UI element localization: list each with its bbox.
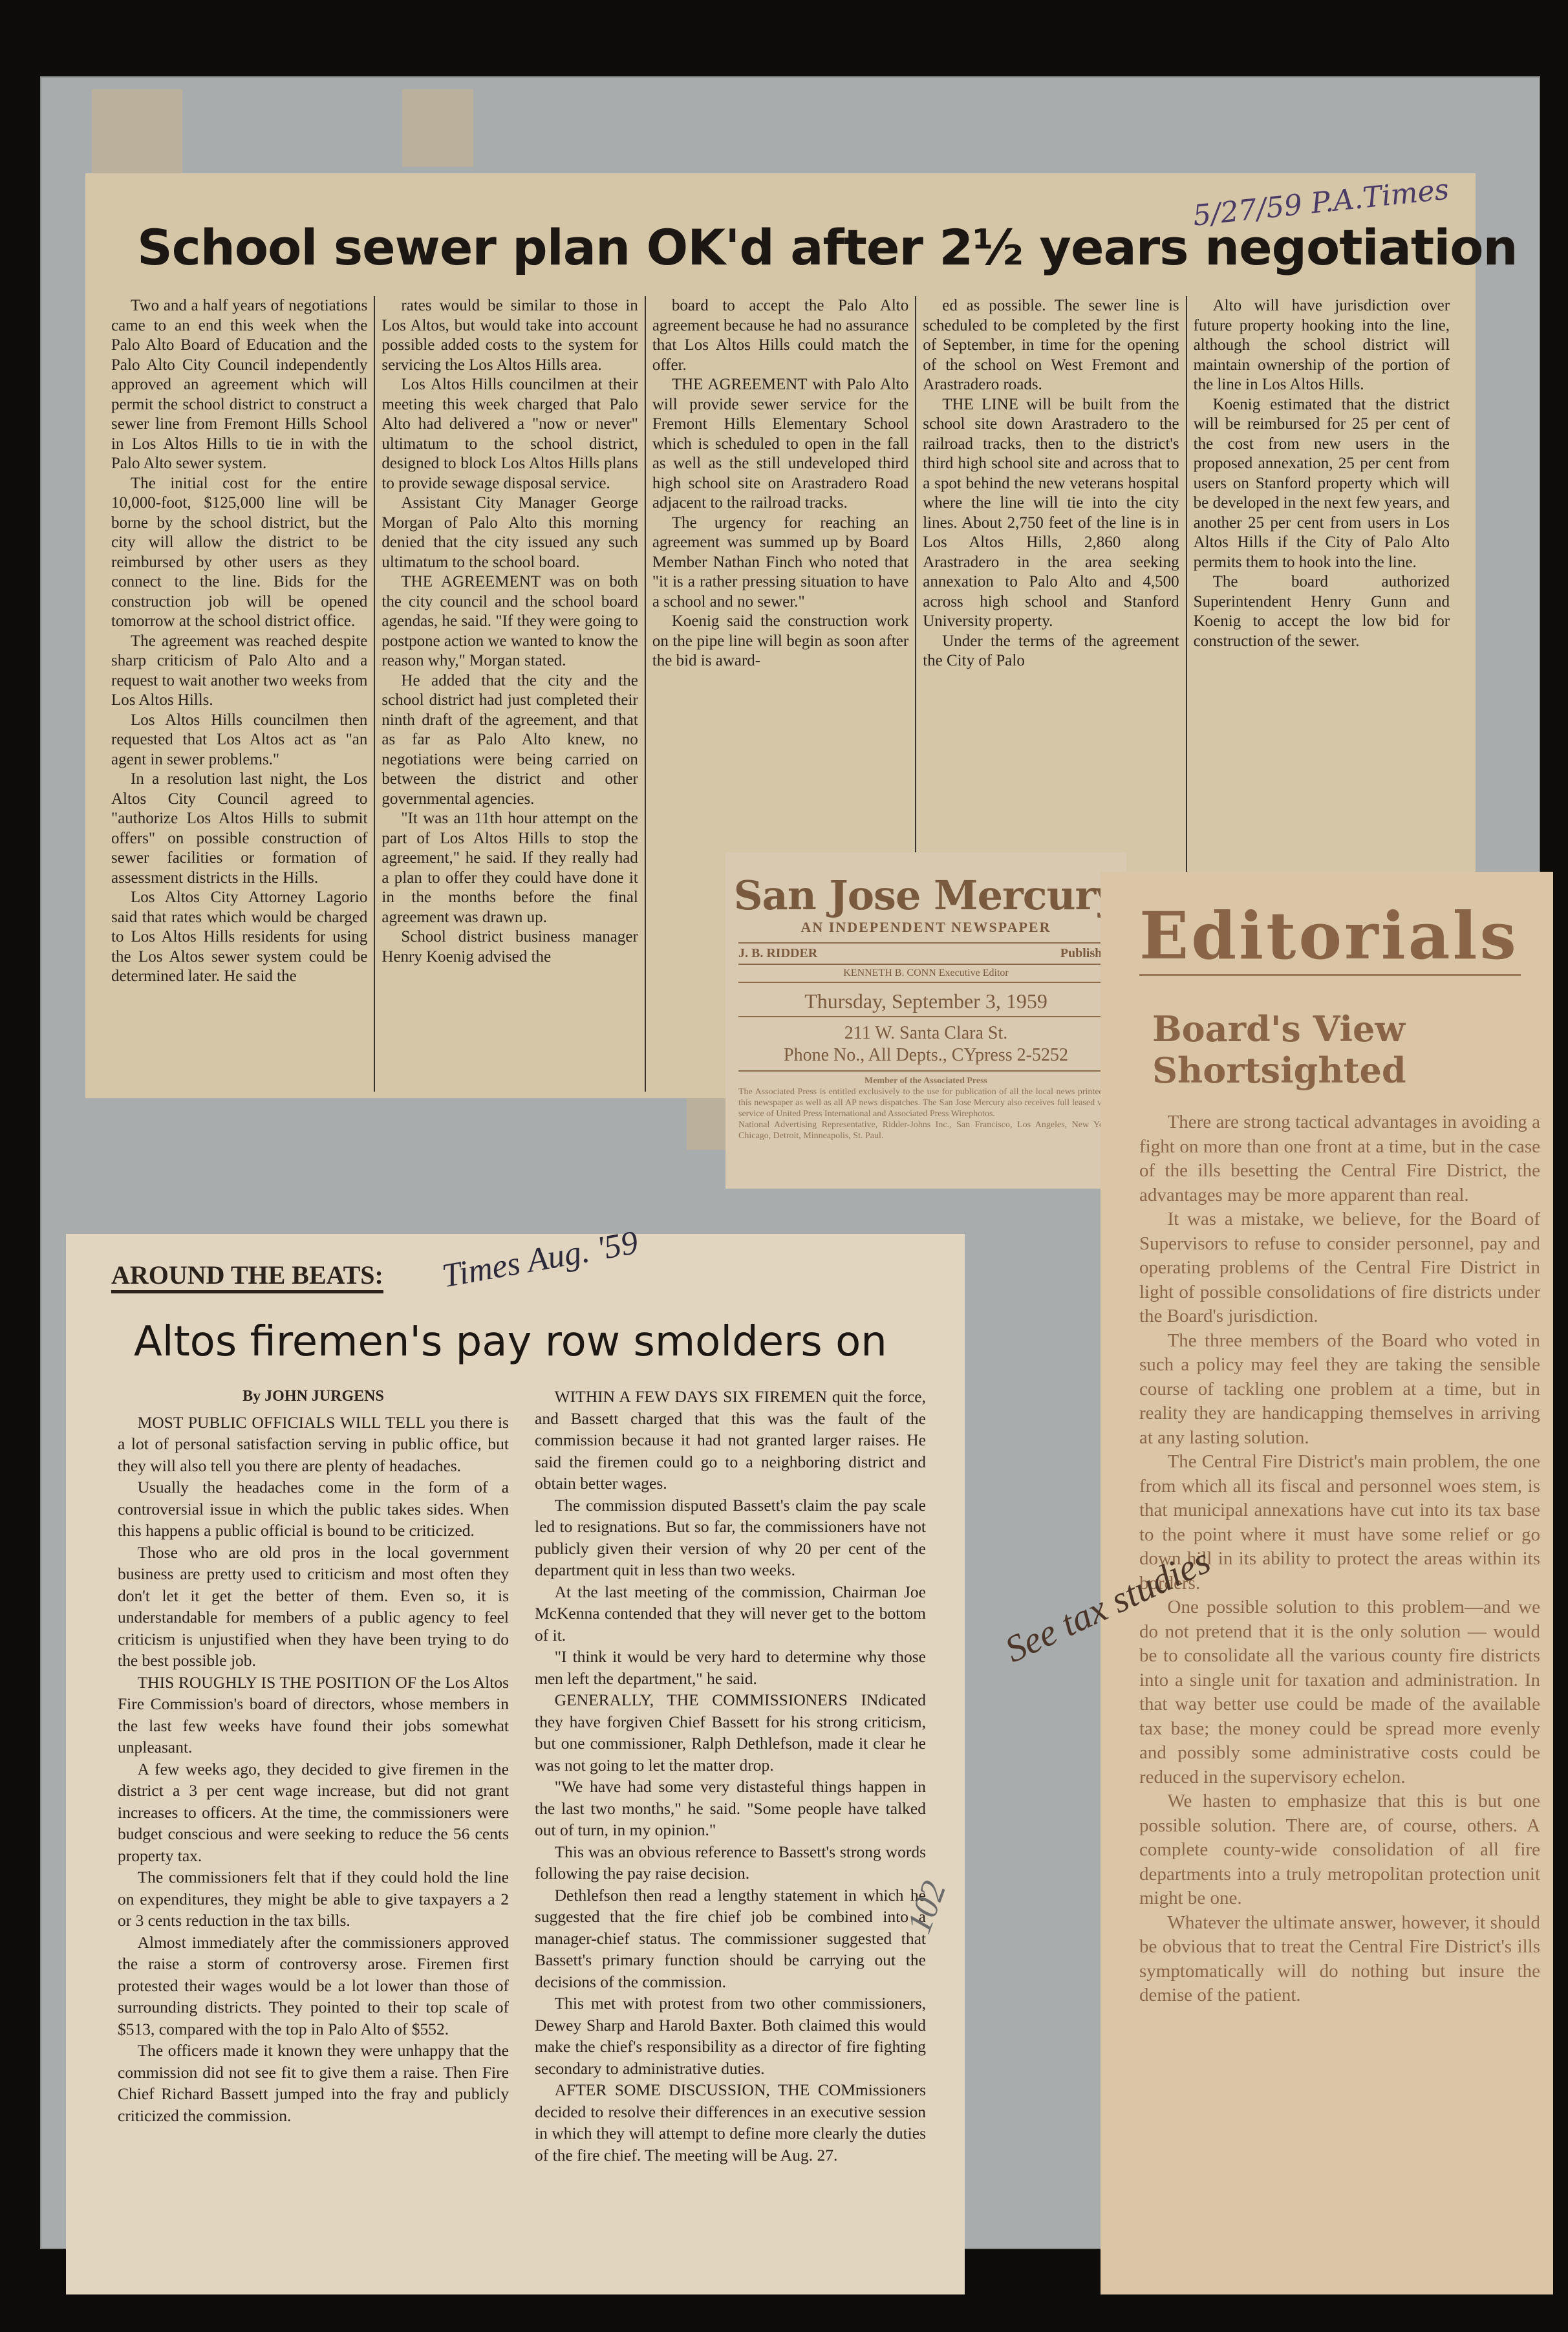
paragraph: THE AGREEMENT with Palo Alto will provid… [652, 375, 908, 513]
paragraph: In a resolution last night, the Los Alto… [111, 770, 367, 888]
newspaper-name: San Jose Mercury [725, 872, 1126, 919]
paragraph: Alto will have jurisdiction over future … [1194, 296, 1450, 395]
paragraph: Two and a half years of negotiations cam… [111, 296, 367, 474]
section-title: Editorials [1139, 898, 1521, 976]
paragraph: We hasten to emphasize that this is but … [1139, 1789, 1540, 1911]
paragraph: GENERALLY, THE COMMISSIONERS INdicated t… [535, 1689, 926, 1776]
paragraph: The urgency for reaching an agreement wa… [652, 513, 908, 612]
paragraph: MOST PUBLIC OFFICIALS WILL TELL you ther… [118, 1412, 509, 1477]
phone: Phone No., All Depts., CYpress 2-5252 [738, 1044, 1113, 1066]
handwritten-date-note: Times Aug. '59 [439, 1224, 641, 1295]
paragraph: THE AGREEMENT was on both the city counc… [381, 572, 638, 671]
paragraph: ed as possible. The sewer line is schedu… [923, 296, 1179, 395]
paragraph: He added that the city and the school di… [381, 671, 638, 810]
paragraph: There are strong tactical advantages in … [1139, 1110, 1540, 1207]
paragraph: "I think it would be very hard to determ… [535, 1646, 926, 1689]
paragraph: Usually the headaches come in the form o… [118, 1476, 509, 1542]
article-columns: By JOHN JURGENS MOST PUBLIC OFFICIALS WI… [105, 1386, 939, 2275]
publisher-name: J. B. RIDDER [738, 946, 817, 961]
paragraph: At the last meeting of the commission, C… [535, 1581, 926, 1646]
paragraph: Los Altos Hills councilmen then requeste… [111, 711, 367, 770]
address-block: 211 W. Santa Clara St. Phone No., All De… [738, 1022, 1113, 1072]
byline: By JOHN JURGENS [118, 1386, 509, 1408]
clipping-firemen-pay: AROUND THE BEATS: Times Aug. '59 Altos f… [66, 1234, 965, 2294]
paragraph: It was a mistake, we believe, for the Bo… [1139, 1207, 1540, 1329]
issue-date: Thursday, September 3, 1959 [738, 987, 1113, 1017]
paragraph: This was an obvious reference to Bassett… [535, 1841, 926, 1884]
paragraph: Los Altos Hills councilmen at their meet… [381, 375, 638, 493]
paragraph: Koenig estimated that the district will … [1194, 395, 1450, 573]
column-kicker: AROUND THE BEATS: [111, 1260, 383, 1293]
address: 211 W. Santa Clara St. [738, 1022, 1113, 1044]
editorial-headline: Board's View Shortsighted [1152, 1008, 1553, 1091]
paragraph: The agreement was reached despite sharp … [111, 632, 367, 711]
paragraph: Almost immediately after the commissione… [118, 1932, 509, 2040]
paragraph: A few weeks ago, they decided to give fi… [118, 1758, 509, 1867]
paragraph: WITHIN A FEW DAYS SIX FIREMEN quit the f… [535, 1386, 926, 1495]
tape [402, 89, 473, 167]
paragraph: This met with protest from two other com… [535, 1992, 926, 2079]
paragraph: Dethlefson then read a lengthy statement… [535, 1884, 926, 1993]
column: rates would be similar to those in Los A… [375, 296, 645, 1092]
paragraph: School district business manager Henry K… [381, 927, 638, 967]
paragraph: "We have had some very distasteful thing… [535, 1776, 926, 1841]
column: Two and a half years of negotiations cam… [105, 296, 375, 1092]
paragraph: rates would be similar to those in Los A… [381, 296, 638, 375]
paragraph: Whatever the ultimate answer, however, i… [1139, 1911, 1540, 2008]
paragraph: AFTER SOME DISCUSSION, THE COMmissioners… [535, 2079, 926, 2166]
paragraph: Those who are old pros in the local gove… [118, 1542, 509, 1672]
paragraph: THIS ROUGHLY IS THE POSITION OF the Los … [118, 1672, 509, 1758]
paragraph: The board authorized Superintendent Henr… [1194, 572, 1450, 651]
paragraph: The commission disputed Bassett's claim … [535, 1495, 926, 1581]
paragraph: The commissioners felt that if they coul… [118, 1866, 509, 1932]
article-headline: Altos firemen's pay row smolders on [134, 1318, 887, 1366]
scrapbook-page: 5/27/59 P.A.Times School sewer plan OK'd… [40, 76, 1540, 2249]
paragraph: The three members of the Board who voted… [1139, 1329, 1540, 1451]
paragraph: Assistant City Manager George Morgan of … [381, 493, 638, 572]
paragraph: The officers made it known they were unh… [118, 2040, 509, 2126]
editor-line: KENNETH B. CONN Executive Editor [738, 965, 1113, 983]
paragraph: Los Altos City Attorney Lagorio said tha… [111, 888, 367, 987]
ap-heading: Member of the Associated Press [738, 1075, 1113, 1086]
column: WITHIN A FEW DAYS SIX FIREMEN quit the f… [522, 1386, 939, 2275]
adv-text: National Advertising Representative, Rid… [738, 1119, 1113, 1141]
paragraph: Koenig said the construction work on the… [652, 612, 908, 671]
mercury-masthead: San Jose Mercury AN INDEPENDENT NEWSPAPE… [725, 852, 1126, 1189]
paragraph: One possible solution to this problem—an… [1139, 1595, 1540, 1789]
paragraph: The initial cost for the entire 10,000-f… [111, 474, 367, 632]
paragraph: board to accept the Palo Alto agreement … [652, 296, 908, 375]
tagline: AN INDEPENDENT NEWSPAPER [725, 919, 1126, 936]
paragraph: Under the terms of the agreement the Cit… [923, 632, 1179, 671]
publisher-row: J. B. RIDDER Publisher [738, 942, 1113, 965]
column: By JOHN JURGENS MOST PUBLIC OFFICIALS WI… [105, 1386, 522, 2275]
article-headline: School sewer plan OK'd after 2½ years ne… [137, 219, 1518, 276]
ap-notice: Member of the Associated Press The Assoc… [738, 1075, 1113, 1141]
paragraph: THE LINE will be built from the school s… [923, 395, 1179, 632]
paragraph: "It was an 11th hour attempt on the part… [381, 809, 638, 927]
ap-text: The Associated Press is entitled exclusi… [738, 1086, 1113, 1119]
